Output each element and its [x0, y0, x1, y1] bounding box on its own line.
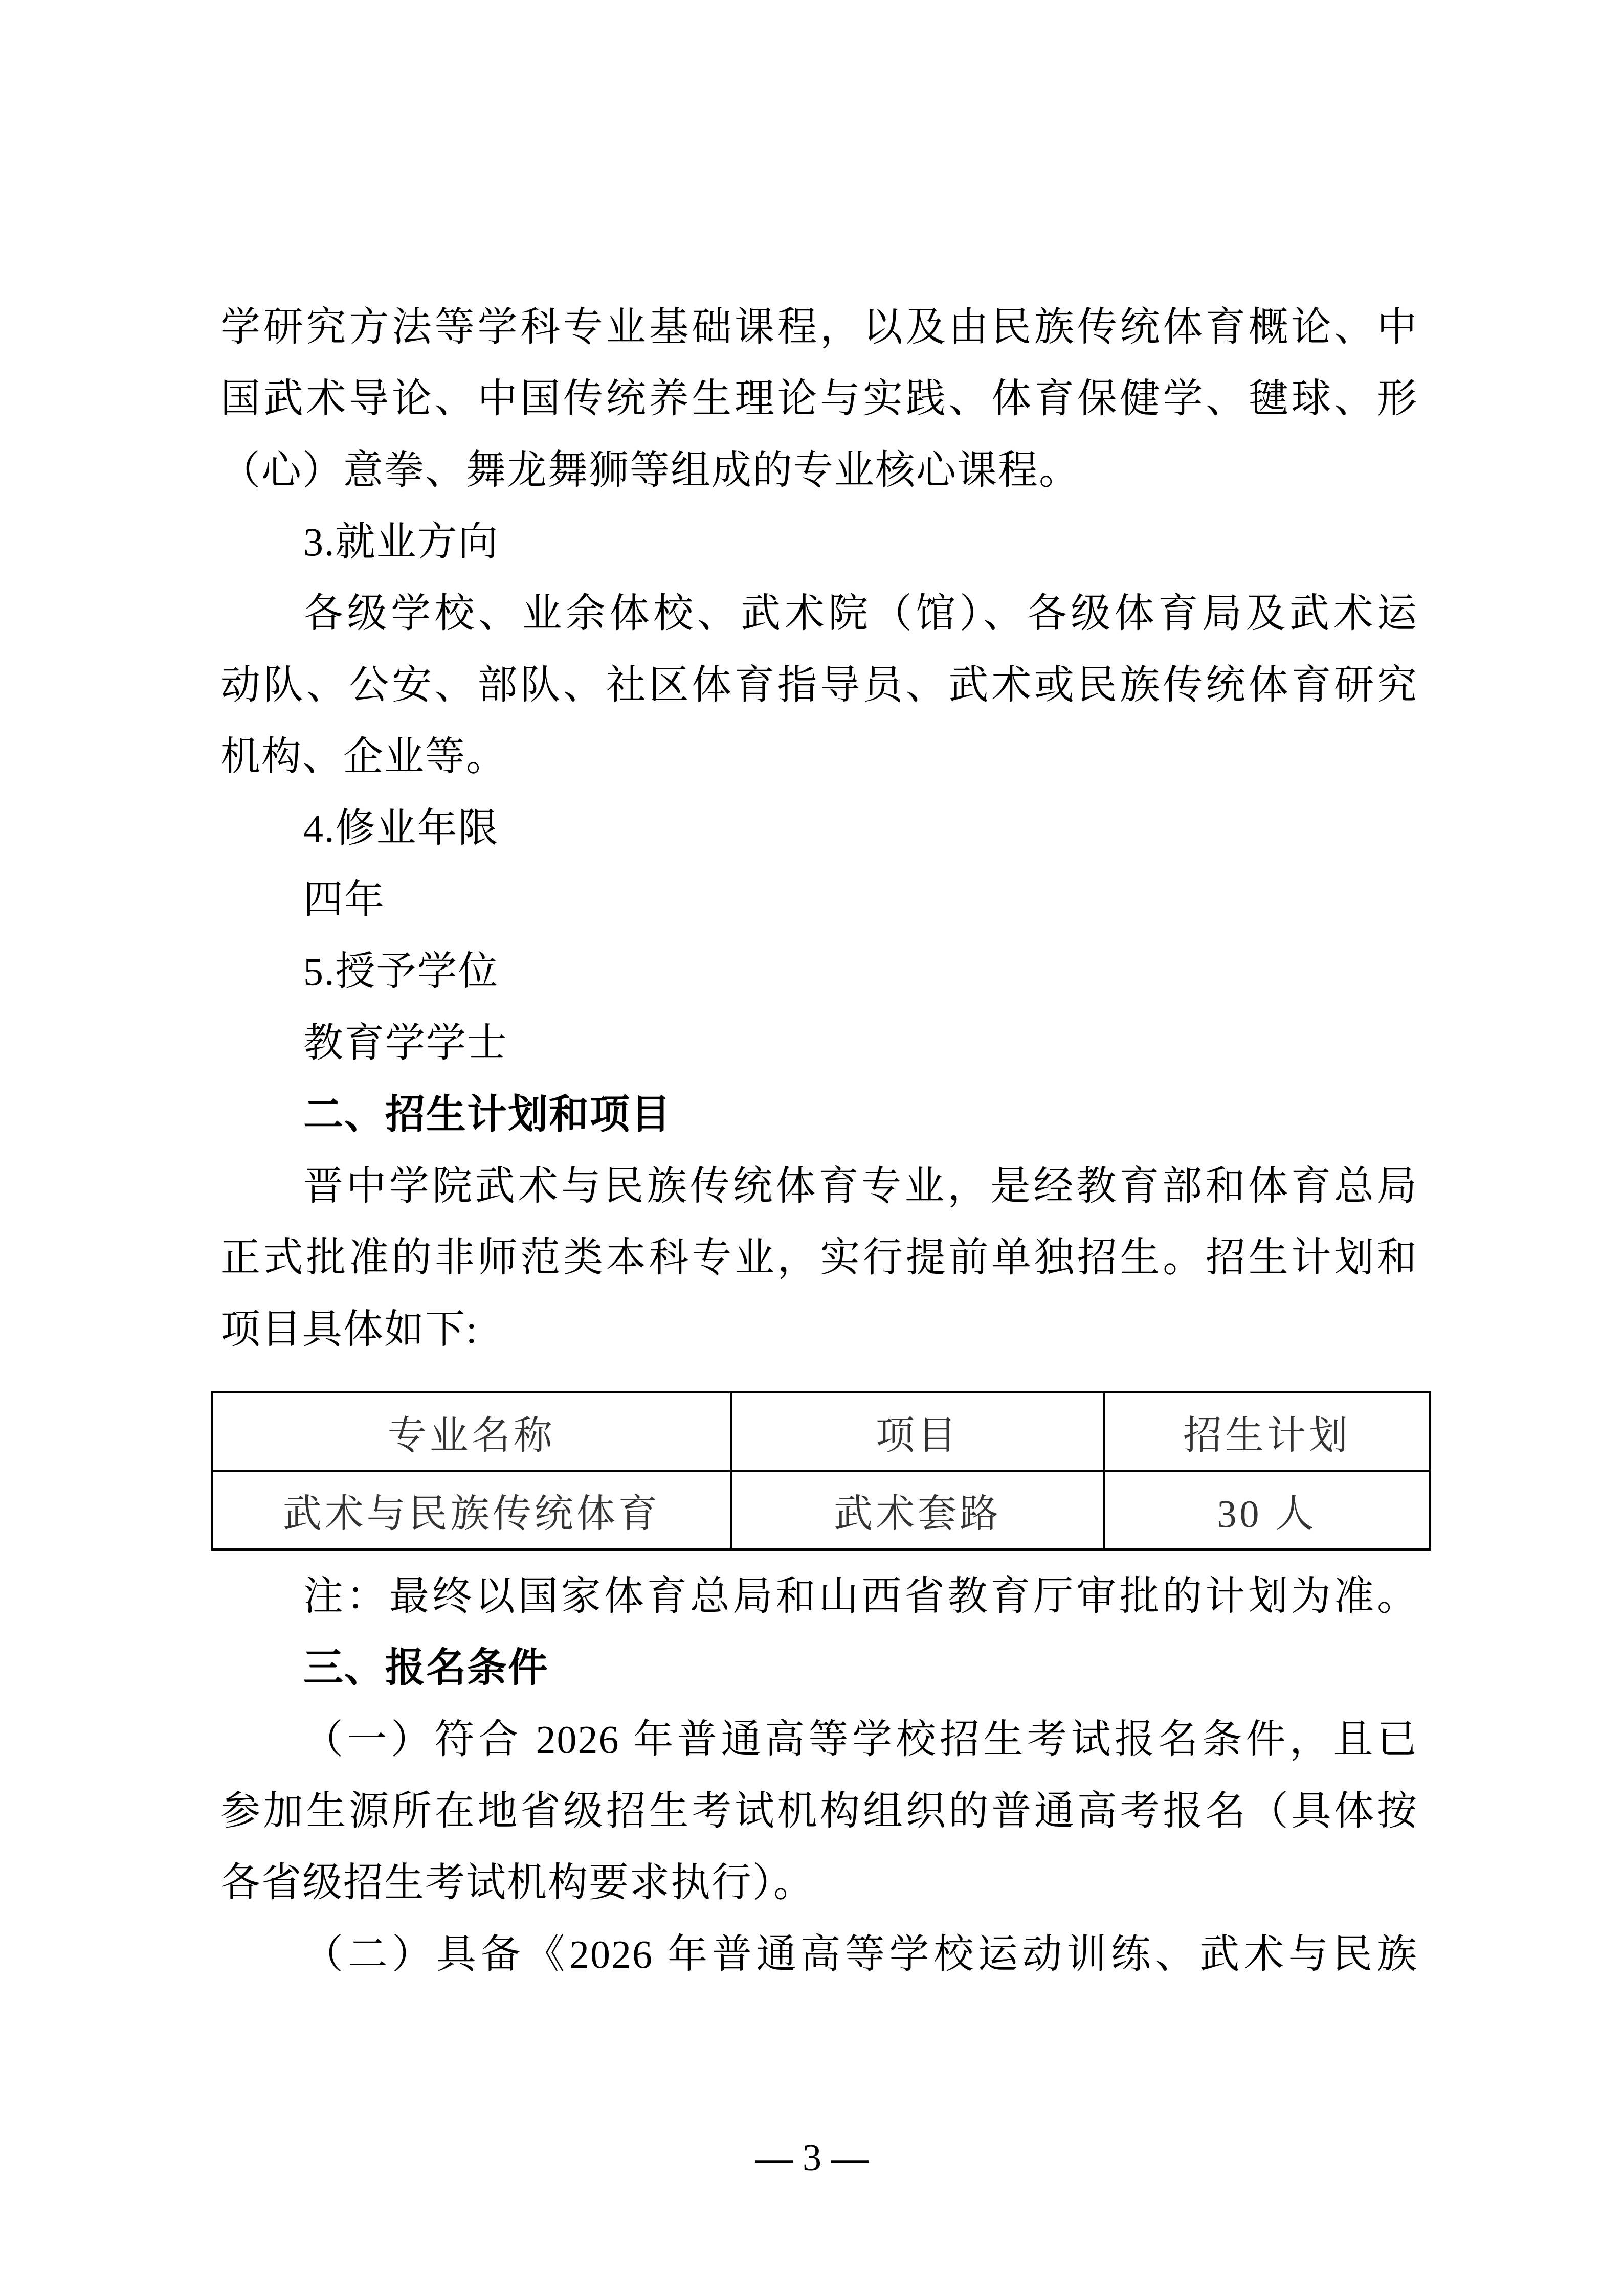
condition-one-line: 各省级招生考试机构要求执行）。	[220, 1857, 1418, 1908]
employment-paragraph-line: 动队、公安、部队、社区体育指导员、武术或民族传统体育研究	[220, 660, 1418, 711]
table-header-row: 专业名称 项目 招生计划	[212, 1392, 1430, 1471]
employment-paragraph-line: 各级学校、业余体校、武术院（馆）、各级体育局及武术运	[303, 588, 1418, 639]
condition-two-line: （二）具备《2026 年普通高等学校运动训练、武术与民族	[303, 1929, 1418, 1980]
courses-paragraph-line: 学研究方法等学科专业基础课程，以及由民族传统体育概论、中	[220, 302, 1418, 353]
section-three-heading: 三、报名条件	[303, 1642, 1418, 1694]
duration-value: 四年	[303, 874, 1418, 926]
section-two-paragraph-line: 项目具体如下:	[220, 1304, 1418, 1355]
courses-paragraph-line: （心）意拳、舞龙舞狮等组成的专业核心课程。	[220, 445, 1418, 496]
table-cell-major: 武术与民族传统体育	[212, 1471, 731, 1550]
table-row: 武术与民族传统体育 武术套路 30 人	[212, 1471, 1430, 1550]
employment-paragraph-line: 机构、企业等。	[220, 731, 1418, 782]
duration-heading: 4.修业年限	[303, 803, 1418, 854]
courses-paragraph-line: 国武术导论、中国传统养生理论与实践、体育保健学、毽球、形	[220, 373, 1418, 424]
table-cell-quota: 30 人	[1104, 1471, 1430, 1550]
section-two-paragraph-line: 正式批准的非师范类本科专业，实行提前单独招生。招生计划和	[220, 1232, 1418, 1284]
table-header-cell: 项目	[731, 1392, 1104, 1471]
enrollment-plan-table: 专业名称 项目 招生计划 武术与民族传统体育 武术套路 30 人	[211, 1391, 1431, 1551]
degree-heading: 5.授予学位	[303, 946, 1418, 997]
section-two-heading: 二、招生计划和项目	[303, 1089, 1418, 1140]
table-header-cell: 专业名称	[212, 1392, 731, 1471]
table-cell-project: 武术套路	[731, 1471, 1104, 1550]
condition-one-line: 参加生源所在地省级招生考试机构组织的普通高考报名（具体按	[220, 1786, 1418, 1837]
page-number: — 3 —	[0, 2132, 1624, 2184]
section-two-paragraph-line: 晋中学院武术与民族传统体育专业，是经教育部和体育总局	[303, 1161, 1418, 1212]
employment-heading: 3.就业方向	[303, 516, 1418, 568]
degree-value: 教育学学士	[303, 1018, 1418, 1069]
condition-one-line: （一）符合 2026 年普通高等学校招生考试报名条件，且已	[303, 1714, 1418, 1765]
table-note: 注：最终以国家体育总局和山西省教育厅审批的计划为准。	[303, 1571, 1418, 1622]
table-header-cell: 招生计划	[1104, 1392, 1430, 1471]
